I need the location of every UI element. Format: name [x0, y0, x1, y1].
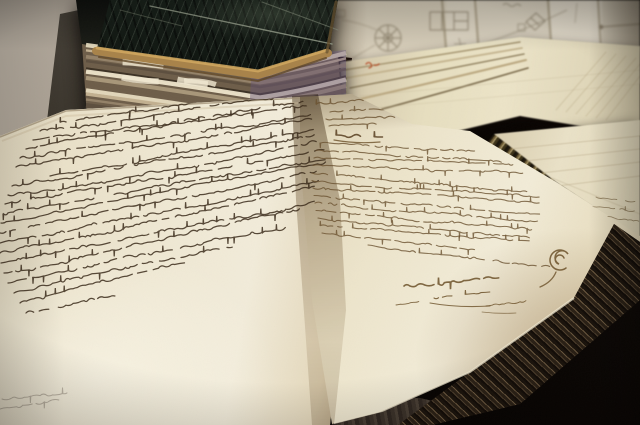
photo-old-manuscripts [0, 0, 640, 425]
wheel-diagram [375, 25, 401, 51]
left-page [0, 95, 345, 425]
diamond-diagram [526, 13, 545, 30]
